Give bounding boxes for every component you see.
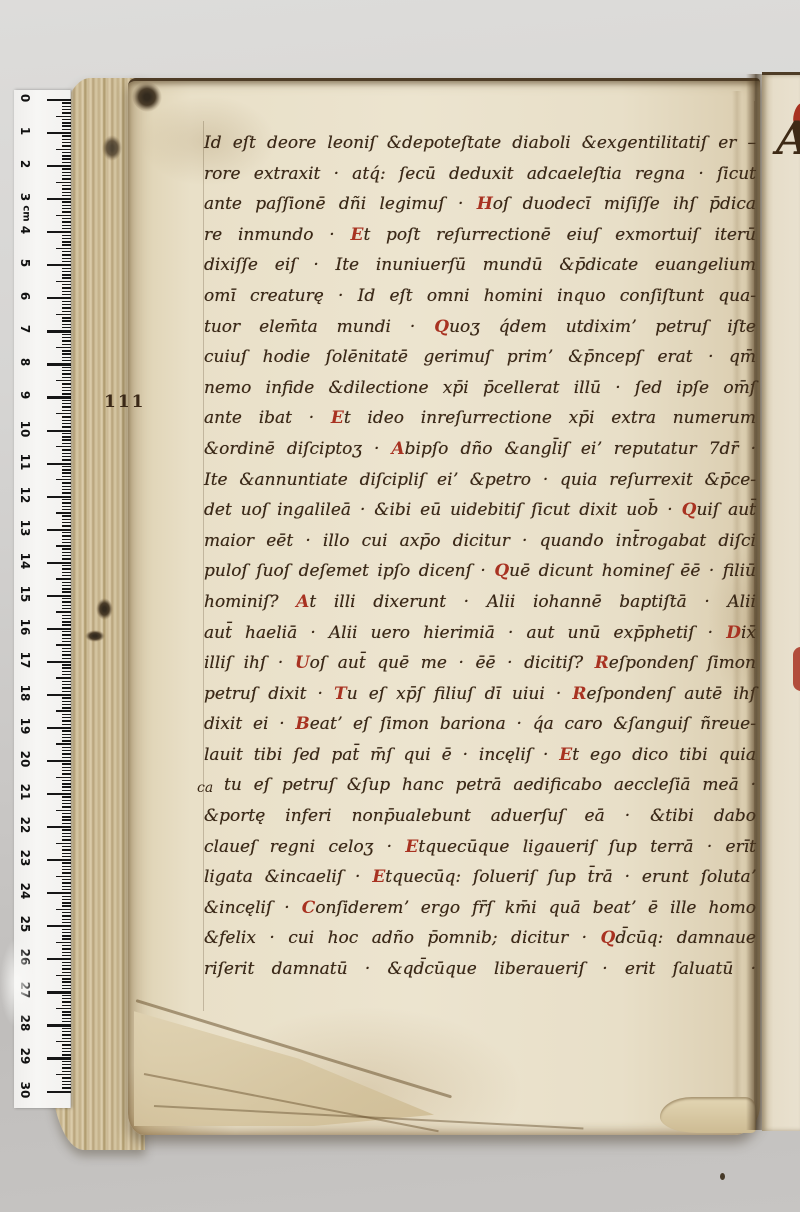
ruler-tick (56, 876, 71, 877)
text-line: tu eſ petruſ &ſup hanc petrā aedificabo … (204, 770, 756, 801)
rubric-initial: T (334, 684, 347, 704)
ruler-tick (62, 555, 71, 556)
ruler-tick (62, 370, 71, 371)
ruler-tick (62, 453, 71, 454)
ruler-tick (62, 674, 71, 675)
ruler-tick (62, 734, 71, 735)
ruler-tick (47, 463, 71, 465)
ruler-tick (62, 819, 71, 820)
ruler-number: 1 (18, 122, 32, 140)
ruler-number: 6 (18, 287, 32, 305)
ruler-tick (62, 357, 71, 358)
ruler-tick (62, 1081, 71, 1082)
ruler-tick (62, 664, 71, 665)
ruler-tick (62, 284, 71, 285)
ruler-tick (62, 899, 71, 900)
text-segment: lauit tibi ſed pat̄ m̄ſ qui ē · incęliſ … (204, 745, 559, 765)
ruler-number: 9 (18, 386, 32, 404)
ruler-tick (62, 188, 71, 189)
dog-ear-fold (134, 986, 434, 1126)
ruler-tick (62, 499, 71, 500)
text-segment: t ego dico tibi quia (572, 745, 756, 765)
ruler-tick (62, 780, 71, 781)
ruler-tick (62, 201, 71, 202)
ruler-tick (62, 671, 71, 672)
text-segment: &felix · cui hoc adño p̄omnib; dicitur · (204, 928, 601, 948)
ruler-tick (56, 909, 71, 910)
ruler-tick (62, 307, 71, 308)
ruler-tick (62, 466, 71, 467)
ruler-tick (62, 492, 71, 493)
ruler-tick (62, 522, 71, 523)
ruler-tick (62, 1064, 71, 1065)
text-line: ligata &incaeliſ · Etquecūq: ſolueriſ ſu… (204, 862, 756, 893)
text-segment: riſerit damnatū · &qd̄cūque liberaueriſ … (204, 959, 756, 979)
ruler-tick (62, 155, 71, 156)
ruler-tick (62, 383, 71, 384)
ruler-tick (56, 942, 71, 943)
ruler-tick (62, 985, 71, 986)
ruler-tick (62, 720, 71, 721)
ruler-number: 11 (18, 453, 32, 471)
ruler-tick (62, 767, 71, 768)
ruler-tick (62, 667, 71, 668)
ruler-tick (47, 991, 71, 993)
rubric-initial: A (296, 592, 309, 612)
ruler-tick (62, 218, 71, 219)
ruler-tick (62, 139, 71, 140)
ruler-tick (62, 965, 71, 966)
rubric-initial: Q (601, 928, 616, 948)
ruler-tick (62, 1054, 71, 1055)
ruler-tick (62, 1031, 71, 1032)
ruler-tick (62, 152, 71, 153)
ruler-tick (56, 743, 71, 744)
ruler-tick (62, 420, 71, 421)
ruler-number: 16 (18, 618, 32, 636)
text-segment: t illi dixerunt · Alii iohannē baptiſtā … (309, 592, 756, 612)
text-segment: illiſ ihſ · (204, 653, 295, 673)
text-line: &felix · cui hoc adño p̄omnib; dicitur ·… (204, 923, 756, 954)
ruler-tick (62, 449, 71, 450)
ruler-tick (62, 1087, 71, 1088)
text-segment: maior eēt · illo cui axp̄o dicitur · qua… (204, 531, 756, 551)
ruler-tick (62, 1048, 71, 1049)
rubric-initial: B (295, 714, 309, 734)
ruler-tick (56, 677, 71, 678)
ruler-tick (62, 601, 71, 602)
ruler-tick (56, 710, 71, 711)
ruler-tick (47, 99, 71, 101)
ruler-tick (62, 142, 71, 143)
ruler-tick (62, 506, 71, 507)
ruler-tick (62, 377, 71, 378)
ruler-tick (62, 952, 71, 953)
text-line: re inmundo · Et poſt reſurrectionē eiuſ … (204, 220, 756, 251)
ruler-tick (56, 413, 71, 414)
text-line: puloſ ſuoſ deſemet ipſo dicenſ · Quē dic… (204, 556, 756, 587)
text-segment: ante ibat · (204, 408, 331, 428)
ruler-tick (62, 459, 71, 460)
ruler-tick (47, 826, 71, 828)
ruler-tick (62, 125, 71, 126)
ruler-tick (62, 228, 71, 229)
ruler-tick (47, 396, 71, 398)
text-line: &portę inferi nonp̄ualebunt aduerſuſ eā … (204, 801, 756, 832)
ruler-tick (62, 608, 71, 609)
ruler-tick (62, 714, 71, 715)
text-line: hominiſ? At illi dixerunt · Alii iohannē… (204, 587, 756, 618)
text-segment: puloſ ſuoſ deſemet ipſo dicenſ · (204, 561, 494, 581)
ruler-tick (62, 350, 71, 351)
ruler-tick (62, 175, 71, 176)
text-line: &ordinē diſciptoʒ · Abipſo dño &angl̄iſ … (204, 434, 756, 465)
ruler-tick (62, 433, 71, 434)
text-segment: Id eſt deore leoniſ &depoteſtate diaboli… (204, 133, 756, 153)
ruler-tick (62, 238, 71, 239)
ruler-tick (62, 922, 71, 923)
ruler-tick (62, 615, 71, 616)
ruler-number: 2 (18, 155, 32, 173)
ruler-tick (62, 168, 71, 169)
ruler-tick (62, 886, 71, 887)
text-segment: omī creaturę · Id eſt omni homini inquo … (204, 286, 756, 306)
ruler-tick (62, 1018, 71, 1019)
ruler-tick (62, 294, 71, 295)
rubric-initial: H (477, 194, 493, 214)
ruler-tick (62, 539, 71, 540)
ruler-tick (62, 486, 71, 487)
ruler-tick (62, 823, 71, 824)
ruler-tick (62, 291, 71, 292)
ruler-tick (62, 707, 71, 708)
ruler-tick (62, 353, 71, 354)
ruler-tick (62, 889, 71, 890)
ruler-tick (62, 482, 71, 483)
ruler-tick (62, 268, 71, 269)
ruler-tick (62, 410, 71, 411)
ruler-tick (62, 687, 71, 688)
ruler-number: 30 (18, 1081, 32, 1099)
ruler-tick (62, 122, 71, 123)
ruler-tick (62, 972, 71, 973)
ruler-tick (62, 981, 71, 982)
ruler-tick (62, 1084, 71, 1085)
ruler-tick (56, 215, 71, 216)
ruler-tick (62, 730, 71, 731)
ruler-tick (47, 925, 71, 927)
text-segment: oſ duodecī miſiſſe ihſ p̄dica (493, 194, 756, 214)
ruler-tick (47, 727, 71, 729)
ruler-tick (56, 281, 71, 282)
ruler-tick (47, 562, 71, 564)
ruler-tick (62, 624, 71, 625)
ruler-tick (62, 1014, 71, 1015)
ruler-number: 13 (18, 519, 32, 537)
manuscript-photo: 111 ca Id eſt deore leoniſ &depoteſtate … (0, 0, 800, 1212)
ruler-tick (47, 661, 71, 663)
ruler-tick (62, 416, 71, 417)
ruler-tick (47, 430, 71, 432)
ruler-tick (62, 866, 71, 867)
ruler-tick (62, 525, 71, 526)
rubric-initial: Q (494, 561, 509, 581)
facing-page-initial: A (776, 115, 800, 161)
text-line: omī creaturę · Id eſt omni homini inquo … (204, 281, 756, 312)
ruler-tick (62, 1011, 71, 1012)
text-segment: cuiuſ hodie ſolēnitatē gerimuſ primʼ &p̄… (204, 347, 756, 367)
text-line: cuiuſ hodie ſolēnitatē gerimuſ primʼ &p̄… (204, 342, 756, 373)
ruler-number: 23 (18, 849, 32, 867)
ruler-tick (47, 165, 71, 167)
ruler-tick (62, 800, 71, 801)
rubric-initial: E (350, 225, 363, 245)
ruler-tick (56, 644, 71, 645)
ruler-tick (62, 724, 71, 725)
ruler-tick (56, 1074, 71, 1075)
text-segment: t poſt reſurrectionē eiuſ exmortuiſ iter… (363, 225, 756, 245)
ruler-tick (62, 582, 71, 583)
ruler-tick (62, 162, 71, 163)
ink-blot (132, 82, 162, 112)
ruler-tick (62, 1044, 71, 1045)
ruler-tick (62, 287, 71, 288)
ruler-tick (47, 330, 71, 332)
text-segment: d̄cūq: damnaue (615, 928, 756, 948)
ruler-tick (62, 753, 71, 754)
ruler-tick (62, 515, 71, 516)
ruler-tick (62, 208, 71, 209)
ruler-tick (62, 360, 71, 361)
ruler-number: 12 (18, 486, 32, 504)
ruler-tick (62, 311, 71, 312)
ruler-tick (62, 1028, 71, 1029)
text-segment: petruſ dixit · (204, 684, 334, 704)
ruler-number: 21 (18, 783, 32, 801)
ruler-tick (62, 456, 71, 457)
ruler-tick (62, 813, 71, 814)
text-line: dixit ei · Beatʼ eſ ſimon bariona · q́a … (204, 709, 756, 740)
ruler-tick (47, 958, 71, 960)
ruler-tick (62, 796, 71, 797)
text-block: Id eſt deore leoniſ &depoteſtate diaboli… (204, 128, 756, 985)
ruler-tick (62, 1001, 71, 1002)
ruler-tick (62, 112, 71, 113)
ruler-tick (62, 423, 71, 424)
ruler-tick (62, 106, 71, 107)
ruler-tick (62, 691, 71, 692)
text-line: ante paſſionē dñi legimuſ · Hoſ duodecī … (204, 189, 756, 220)
text-line: nemo infide &dilectione xp̄i p̄cellerat … (204, 373, 756, 404)
ruler-tick (62, 839, 71, 840)
ruler-tick (47, 297, 71, 299)
ruler-tick (62, 968, 71, 969)
ruler-tick (62, 542, 71, 543)
ruler-tick (56, 380, 71, 381)
ruler-tick (62, 271, 71, 272)
ruler-tick (56, 545, 71, 546)
ruler-tick (62, 195, 71, 196)
ruler-tick (62, 211, 71, 212)
ruler-tick (62, 648, 71, 649)
ruler-tick (62, 387, 71, 388)
ruler-tick (62, 856, 71, 857)
ruler-tick (62, 833, 71, 834)
ruler-tick (62, 129, 71, 130)
rubric-initial: U (295, 653, 310, 673)
ruler-tick (62, 740, 71, 741)
ruler-tick (62, 978, 71, 979)
ruler-tick (62, 558, 71, 559)
ruler-tick (47, 496, 71, 498)
ruler-tick (62, 225, 71, 226)
ruler-tick (56, 611, 71, 612)
ruler-tick (62, 929, 71, 930)
ruler-tick (62, 988, 71, 989)
text-segment: det uoſ ingalileā · &ibi eū uidebitiſ ſi… (204, 500, 682, 520)
text-segment: eſpondenſ ſimon (609, 653, 756, 673)
ruler-tick (62, 896, 71, 897)
rubric-initial: E (405, 837, 418, 857)
text-line: &incęliſ · Conſideremʼ ergo fr̄ſ km̄i qu… (204, 893, 756, 924)
ruler-tick (62, 327, 71, 328)
ruler-tick (62, 651, 71, 652)
ruler-tick (56, 777, 71, 778)
ruler-tick (62, 426, 71, 427)
ruler-tick (62, 320, 71, 321)
ruler-tick (62, 681, 71, 682)
ruler-tick (47, 595, 71, 597)
ruler-tick (47, 859, 71, 861)
ruler-tick (62, 618, 71, 619)
text-line: petruſ dixit · Tu eſ xp̄ſ filiuſ dī uiui… (204, 679, 756, 710)
ruler-tick (62, 763, 71, 764)
rubric-fragment (793, 647, 800, 691)
ruler-tick (62, 443, 71, 444)
rubric-initial: E (331, 408, 344, 428)
ruler-number: 18 (18, 684, 32, 702)
text-segment: hominiſ? (204, 592, 296, 612)
ruler-tick (62, 373, 71, 374)
ruler-tick (62, 588, 71, 589)
ruler-tick (62, 436, 71, 437)
rubric-initial: R (572, 684, 586, 704)
text-line: lauit tibi ſed pat̄ m̄ſ qui ē · incęliſ … (204, 740, 756, 771)
ruler-tick (62, 472, 71, 473)
text-segment: &ordinē diſciptoʒ · (204, 439, 391, 459)
ruler-tick (62, 390, 71, 391)
ruler-tick (56, 1041, 71, 1042)
folio-number: 111 (104, 392, 146, 412)
ruler-tick (56, 1008, 71, 1009)
ruler-tick (47, 363, 71, 365)
text-segment: Ite &annuntiate diſcipliſ eiʼ &petro · q… (204, 470, 756, 490)
text-segment: t ideo inreſurrectione xp̄i extra numeru… (344, 408, 756, 428)
text-segment: oſ aut̄ quē me · ēē · dicitiſ? (310, 653, 595, 673)
ruler-tick (62, 244, 71, 245)
ruler-tick (56, 314, 71, 315)
ruler-tick (62, 915, 71, 916)
ruler-tick (62, 783, 71, 784)
ruler-tick (62, 251, 71, 252)
text-segment: ligata &incaeliſ · (204, 867, 372, 887)
ruler-tick (62, 786, 71, 787)
ruler-number: 8 (18, 353, 32, 371)
ruler-tick (62, 304, 71, 305)
text-line: rore extraxit · atq́: ſecū deduxit adcae… (204, 159, 756, 190)
text-segment: onſideremʼ ergo fr̄ſ km̄i quā beatʼ ē il… (315, 898, 756, 918)
text-segment: tu eſ petruſ &ſup hanc petrā aedificabo … (224, 775, 756, 795)
ruler-tick (62, 489, 71, 490)
text-segment: tquecūque ligaueriſ ſup terrā · erīt (418, 837, 756, 857)
ruler-tick (62, 658, 71, 659)
ruler-tick (62, 585, 71, 586)
ruler-tick (62, 235, 71, 236)
ruler-tick (62, 301, 71, 302)
ruler-tick (62, 605, 71, 606)
ruler-tick (62, 598, 71, 599)
text-segment: ante paſſionē dñi legimuſ · (204, 194, 477, 214)
ruler-tick (62, 1077, 71, 1078)
ruler-tick (62, 704, 71, 705)
ruler-tick (62, 995, 71, 996)
ruler-tick (62, 750, 71, 751)
ruler-tick (62, 1005, 71, 1006)
ruler-tick (47, 132, 71, 134)
ruler-tick (62, 1021, 71, 1022)
text-segment: dixit ei · (204, 714, 295, 734)
ruler-tick (62, 1038, 71, 1039)
page-corner-curl (660, 1097, 756, 1133)
ruler-tick (62, 205, 71, 206)
ruler-tick (62, 1051, 71, 1052)
ruler-tick (62, 912, 71, 913)
text-segment: aut̄ haeliā · Alii uero hierimiā · aut u… (204, 623, 726, 643)
ruler-number: 14 (18, 552, 32, 570)
ruler-number: 5 (18, 254, 32, 272)
ink-blot (96, 598, 113, 620)
ruler-tick (62, 406, 71, 407)
rubric-initial: A (391, 439, 404, 459)
ruler-tick (62, 757, 71, 758)
ruler-tick (62, 185, 71, 186)
ruler-tick (62, 697, 71, 698)
table-glare (0, 938, 34, 1028)
ruler-tick (62, 241, 71, 242)
ruler-tick (62, 701, 71, 702)
ruler-tick (62, 367, 71, 368)
ruler-tick (62, 634, 71, 635)
ruler-tick (47, 198, 71, 200)
ruler-tick (56, 975, 71, 976)
ruler-number: 4 (18, 221, 32, 239)
text-segment: eſpondenſ autē ihſ (587, 684, 756, 704)
text-line: Id eſt deore leoniſ &depoteſtate diaboli… (204, 128, 756, 159)
ruler-tick (62, 400, 71, 401)
ruler-tick (62, 277, 71, 278)
ruler-number: 22 (18, 816, 32, 834)
ruler-tick (56, 843, 71, 844)
ruler-tick (62, 476, 71, 477)
ruler-tick (62, 935, 71, 936)
ruler-tick (62, 274, 71, 275)
ruler-tick (62, 1061, 71, 1062)
ruler-number: 7 (18, 320, 32, 338)
ruler-tick (62, 568, 71, 569)
ruler-tick (62, 575, 71, 576)
ruler-number: 0 (18, 89, 32, 107)
ruler-tick (56, 116, 71, 117)
